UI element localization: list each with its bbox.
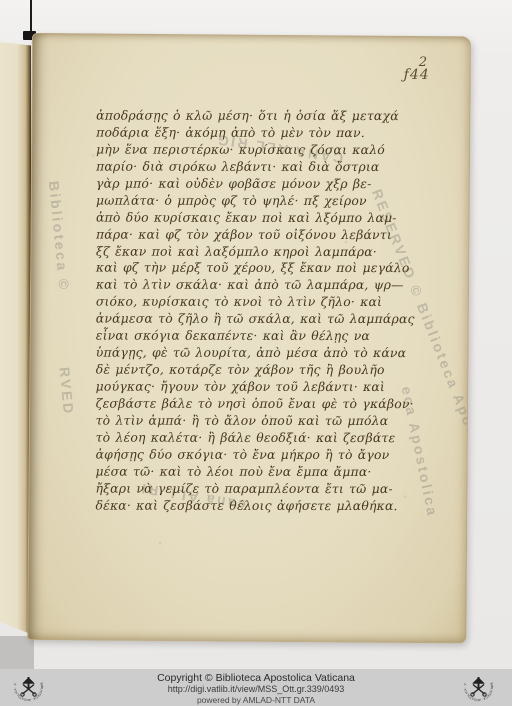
manuscript-line: δέκα· καὶ ζεσβάστε θέλοις ἀφήσετε μλαθήκ… <box>95 497 437 515</box>
manuscript-line: γὰρ μπό· καὶ οὐδὲν φοβᾶσε μόνον χξρ βε- <box>96 175 438 193</box>
folio-mark-annotation: ƒ44 <box>404 67 430 83</box>
watermark-fragment: RVED <box>56 366 77 416</box>
footer-copyright-text: Copyright © Biblioteca Apostolica Vatica… <box>0 669 512 684</box>
manuscript-line: σιόκο, κυρίσκαις τὸ κνοὶ τὸ λτὶν ζῆλο· κ… <box>96 294 438 312</box>
manuscript-line: τὸ λτὶν ἀμπά· ἢ τὸ ἄλον ὁποῦ καὶ τῶ μπόλ… <box>96 412 438 430</box>
footer-url-text: http://digi.vatlib.it/view/MSS_Ott.gr.33… <box>0 684 512 695</box>
footer-powered-by-text: powered by AMLAD-NTT DATA <box>0 695 512 705</box>
manuscript-line: ἤξαρι νὰ γεμίζε τὸ παραμπλέοντα ἔτι τῶ μ… <box>95 480 437 498</box>
manuscript-line: εἶναι σκόγια δεκαπέντε· καὶ ἂν θέλῃς να <box>96 328 438 346</box>
facing-page-edge <box>0 42 31 634</box>
manuscript-line: ξζ ἔκαν ποὶ καὶ λαξόμπλο κηροὶ λαμπάρα· <box>96 243 438 261</box>
manuscript-page: 2 ƒ44 CANA ALL RIG Biblioteca © RVED RES… <box>27 33 471 643</box>
manuscript-line: μὴν ἕνα περιστέρκω· κυρίσκαις ζόσαι καλό <box>96 141 438 159</box>
handwritten-greek-text: ἀποδράσῃς ὁ κλῶ μέση· ὅτι ἡ ὁσία ἅξ μετα… <box>95 108 438 515</box>
manuscript-line: καὶ τὸ λτὶν σκάλα· καὶ ἀπὸ τῶ λαμπάρα, ψ… <box>96 277 438 295</box>
manuscript-line: μούγκας· ἤγουν τὸν χάβον τοῦ λεβάντι· κα… <box>96 379 438 397</box>
manuscript-line: δὲ μέντζο, κοτάρζε τὸν χάβον τῆς ἢ βουλῆ… <box>96 362 438 380</box>
manuscript-line: πάρα· καὶ φζ τὸν χάβον τοῦ οἰξόνου λεβάν… <box>96 226 438 244</box>
manuscript-line: ἀπὸ δύο κυρίσκαις ἔκαν ποὶ καὶ λξόμπο λα… <box>96 209 438 227</box>
manuscript-line: ἀποδράσῃς ὁ κλῶ μέση· ὅτι ἡ ὁσία ἅξ μετα… <box>96 108 438 126</box>
manuscript-line: μέσα τῶ· καὶ τὸ λέοι ποὺ ἔνα ἔμπα ἄμπα· <box>96 463 438 481</box>
manuscript-line: ἀνάμεσα τὸ ζῆλο ἢ τῶ σκάλα, καὶ τῶ λαμπά… <box>96 311 438 329</box>
footer-copyright-bar: Copyright © Biblioteca Apostolica Vatica… <box>0 669 512 706</box>
manuscript-line: καὶ φζ τὴν μέρξ τοῦ χέρου, ξξ ἔκαν ποὶ μ… <box>96 260 438 278</box>
bookmark-thread <box>30 0 32 34</box>
manuscript-line: ἀφήσῃς δύο σκόγια· τὸ ἔνα μήκρο ἢ τὸ ἄγο… <box>96 446 438 464</box>
vatican-library-seal-icon: BIBLIOTECA · APOSTOLICA · VATICANA · <box>462 672 495 705</box>
book-gutter-shadow <box>0 636 34 669</box>
manuscript-line: παρίο· διὰ σιρόκω λεβάντι· καὶ διὰ ὄστρι… <box>96 158 438 176</box>
manuscript-line: ποδάρια ἕξη· ἀκόμη ἀπὸ τὸ μὲν τὸν παν. <box>96 124 438 142</box>
manuscript-line: τὸ λέοη καλέτα· ἢ βάλε θεοδξιά· καὶ ζεσβ… <box>96 429 438 447</box>
vatican-library-seal-icon: BIBLIOTECA · APOSTOLICA · VATICANA · <box>12 672 45 705</box>
manuscript-line: μωπλάτα· ὁ μπρὸς φζ τὸ ψηλέ· πξ χείρον <box>96 192 438 210</box>
manuscript-line: ζεσβάστε βάλε τὸ νησὶ ὁποῦ ἔναι φὲ τὸ γκ… <box>96 395 438 413</box>
manuscript-line: ὑπάγῃς, φὲ τῶ λουρίτα, ἀπὸ μέσα ἀπὸ τὸ κ… <box>96 345 438 363</box>
watermark-fragment: Biblioteca © <box>46 180 73 292</box>
manuscript-scan-viewer: 2 ƒ44 CANA ALL RIG Biblioteca © RVED RES… <box>0 0 512 706</box>
